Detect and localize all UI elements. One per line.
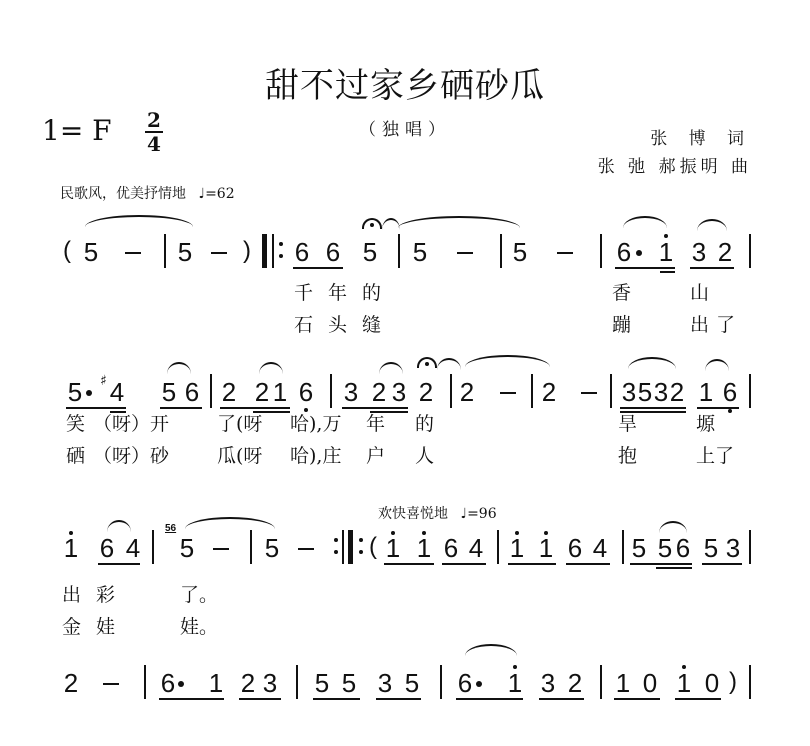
- tempo-text: 民歌风，优美抒情地: [60, 186, 186, 202]
- note: 4: [591, 535, 609, 561]
- low-octave-dot: [304, 408, 308, 412]
- note: 3: [376, 670, 394, 696]
- note: 6: [456, 670, 474, 696]
- slur: [379, 362, 403, 374]
- note: 1: [207, 670, 225, 696]
- slur: [623, 216, 667, 228]
- lyric: 金: [62, 616, 81, 638]
- lyric: 户: [366, 445, 385, 467]
- lyric: 上了: [696, 445, 734, 467]
- high-octave-dot: [515, 531, 519, 535]
- high-octave-dot: [69, 531, 73, 535]
- repeat-thick: [348, 530, 353, 564]
- lyric: 年: [366, 413, 385, 435]
- high-octave-dot: [391, 531, 395, 535]
- note: 5: [702, 535, 720, 561]
- note: 4: [124, 535, 142, 561]
- underline: [442, 563, 486, 565]
- dash: [103, 683, 119, 685]
- composer-credit: 张 弛 郝振明 曲: [598, 152, 752, 177]
- barline: [144, 665, 146, 699]
- barline: [210, 374, 212, 408]
- high-octave-dot: [544, 531, 548, 535]
- tempo-bpm: =62: [205, 186, 235, 202]
- augmentation-dot: [86, 390, 92, 396]
- barline: [531, 374, 533, 408]
- dash: [211, 252, 227, 254]
- note: 6: [615, 239, 633, 265]
- slur: [628, 357, 676, 369]
- slur: [85, 215, 193, 227]
- underline: [675, 698, 721, 700]
- dash: [125, 252, 141, 254]
- note: 6: [159, 670, 177, 696]
- slur: [398, 216, 520, 228]
- time-signature-top: 2: [145, 110, 163, 130]
- note: 1: [657, 239, 675, 265]
- time-signature-bottom: 4: [145, 134, 163, 154]
- barline: [296, 665, 298, 699]
- underline: [630, 563, 692, 565]
- barline: [164, 234, 166, 268]
- note: 2: [716, 239, 734, 265]
- slur: [705, 359, 729, 371]
- dash: [557, 252, 573, 254]
- underline: [376, 698, 421, 700]
- dash: [581, 392, 597, 394]
- note: 2: [417, 379, 435, 405]
- note: 6: [183, 379, 201, 405]
- repeat-start-thin: [272, 234, 274, 268]
- lyric: 娃: [96, 616, 115, 638]
- note: 5: [82, 239, 100, 265]
- lyric: 硒: [66, 445, 85, 467]
- underline: [220, 407, 290, 409]
- note: 6: [721, 379, 739, 405]
- note: 0: [703, 670, 721, 696]
- barline: [749, 665, 751, 699]
- lyric: 香: [612, 282, 631, 304]
- dash: [500, 392, 516, 394]
- underline: [697, 407, 739, 409]
- dash: [457, 252, 473, 254]
- slur: [465, 355, 550, 367]
- note: 2: [239, 670, 257, 696]
- lyric: 头: [328, 314, 347, 336]
- underline-2: [660, 271, 675, 273]
- underline: [566, 563, 610, 565]
- note: 0: [641, 670, 659, 696]
- lyric: 年: [328, 282, 347, 304]
- barline: [500, 234, 502, 268]
- note: 1: [384, 535, 402, 561]
- note: 1: [62, 535, 80, 561]
- lyric: 了(呀: [217, 413, 262, 435]
- underline: [690, 267, 734, 269]
- note: 6: [674, 535, 692, 561]
- barline: [600, 665, 602, 699]
- underline: [508, 563, 556, 565]
- note: 3: [261, 670, 279, 696]
- lyric: （呀）砂: [93, 445, 169, 467]
- song-title: 甜不过家乡硒砂瓜: [0, 58, 810, 107]
- lyric: 人: [415, 445, 434, 467]
- lyric: 抱: [618, 445, 637, 467]
- note: 6: [324, 239, 342, 265]
- lyric: 笑: [66, 413, 85, 435]
- lyric: 彩: [96, 584, 115, 606]
- barline: [497, 530, 499, 564]
- note: 1: [675, 670, 693, 696]
- underline: [98, 563, 140, 565]
- tie: [437, 358, 461, 370]
- note: 2: [540, 379, 558, 405]
- lyric: 瓜(呀: [217, 445, 262, 467]
- slur: [185, 517, 275, 529]
- underline: [615, 267, 675, 269]
- high-octave-dot: [682, 665, 686, 669]
- note: 6: [297, 379, 315, 405]
- barline: [250, 530, 252, 564]
- lyric: 了: [716, 314, 735, 336]
- underline: [159, 698, 224, 700]
- underline: [702, 563, 742, 565]
- slur: [659, 521, 687, 533]
- underline: [293, 267, 343, 269]
- note: 2: [566, 670, 584, 696]
- lyric: 石: [294, 314, 313, 336]
- open-paren: (: [63, 238, 71, 264]
- barline: [749, 234, 751, 268]
- note: 5: [263, 535, 281, 561]
- note: 5: [66, 379, 84, 405]
- lyric: 娃。: [180, 616, 218, 638]
- note: 3: [690, 239, 708, 265]
- lyric: 山: [690, 282, 709, 304]
- note: 3: [390, 379, 408, 405]
- note: 4: [467, 535, 485, 561]
- underline: [342, 407, 408, 409]
- underline: [239, 698, 281, 700]
- note: 2: [370, 379, 388, 405]
- note: 6: [98, 535, 116, 561]
- barline: [440, 665, 442, 699]
- note: 1: [506, 670, 524, 696]
- high-octave-dot: [664, 234, 668, 238]
- note: 2: [62, 670, 80, 696]
- underline-2: [656, 567, 692, 569]
- time-signature: 2 4: [145, 110, 163, 154]
- note: 5: [361, 239, 379, 265]
- tempo-marking-2: 欢快喜悦地 ♩=96: [378, 503, 497, 523]
- note: 4: [108, 379, 126, 405]
- note: 5: [411, 239, 429, 265]
- underline: [456, 698, 523, 700]
- note: 1: [614, 670, 632, 696]
- underline: [539, 698, 584, 700]
- key-signature: 1= F: [42, 114, 112, 147]
- grace-notes: 56: [165, 524, 176, 534]
- sharp-icon: ♯: [100, 373, 107, 389]
- underline: [620, 407, 686, 409]
- barline: [749, 374, 751, 408]
- lyric: 蹦: [612, 314, 631, 336]
- lyric: 的: [415, 413, 434, 435]
- lyric: 哈),万: [290, 413, 341, 435]
- fermata-icon: [362, 218, 382, 229]
- slur: [697, 219, 727, 231]
- dash: [213, 548, 229, 550]
- lyric: 千: [294, 282, 313, 304]
- note: 1: [508, 535, 526, 561]
- note: 3: [342, 379, 360, 405]
- slur: [259, 362, 283, 374]
- lyric: 了。: [180, 584, 218, 606]
- high-octave-dot: [422, 531, 426, 535]
- underline: [614, 698, 660, 700]
- close-paren: ): [729, 669, 737, 695]
- lyric: 出: [62, 584, 81, 606]
- underline: [66, 407, 126, 409]
- lyric: 出: [690, 314, 709, 336]
- high-octave-dot: [513, 665, 517, 669]
- note: 5: [176, 239, 194, 265]
- note: 3: [539, 670, 557, 696]
- barline: [330, 374, 332, 408]
- tempo-marking-1: 民歌风，优美抒情地 ♩=62: [60, 183, 235, 203]
- barline: [749, 530, 751, 564]
- lyric: 塬: [696, 413, 715, 435]
- augmentation-dot: [476, 681, 482, 687]
- note: 2: [668, 379, 686, 405]
- note: 1: [537, 535, 555, 561]
- note: 5: [160, 379, 178, 405]
- repeat-start-thick: [262, 234, 267, 268]
- barline: [622, 530, 624, 564]
- barline: [610, 374, 612, 408]
- tempo-bpm: =96: [467, 506, 497, 522]
- lyric: （呀）开: [93, 413, 169, 435]
- note: 5: [403, 670, 421, 696]
- lyric: 旱: [618, 413, 637, 435]
- note: 6: [566, 535, 584, 561]
- note: 2: [253, 379, 271, 405]
- note: 5: [630, 535, 648, 561]
- note: 6: [442, 535, 460, 561]
- augmentation-dot: [636, 250, 642, 256]
- lyric: 哈),庄: [290, 445, 341, 467]
- note: 2: [220, 379, 238, 405]
- tempo-text: 欢快喜悦地: [378, 506, 448, 522]
- note: 3: [724, 535, 742, 561]
- lyric: 缝: [362, 314, 381, 336]
- fermata-icon: [417, 357, 437, 368]
- slur: [107, 520, 131, 532]
- open-paren: (: [369, 534, 377, 560]
- barline: [600, 234, 602, 268]
- slur: [465, 644, 517, 656]
- underline: [313, 698, 360, 700]
- underline: [160, 407, 202, 409]
- note: 6: [293, 239, 311, 265]
- low-octave-dot: [728, 409, 732, 413]
- note: 5: [313, 670, 331, 696]
- lyricist-credit: 张 博 词: [650, 124, 752, 149]
- note: 1: [271, 379, 289, 405]
- underline: [384, 563, 434, 565]
- note: 1: [697, 379, 715, 405]
- repeat-thin: [342, 530, 344, 564]
- slur: [167, 362, 191, 374]
- barline: [152, 530, 154, 564]
- barline: [398, 234, 400, 268]
- note: 5: [511, 239, 529, 265]
- note: 5: [178, 535, 196, 561]
- note: 5: [656, 535, 674, 561]
- augmentation-dot: [178, 681, 184, 687]
- close-paren: ): [243, 238, 251, 264]
- lyric: 的: [362, 282, 381, 304]
- tie: [382, 218, 400, 230]
- note: 1: [415, 535, 433, 561]
- dash: [298, 548, 314, 550]
- barline: [450, 374, 452, 408]
- note: 2: [458, 379, 476, 405]
- note: 5: [340, 670, 358, 696]
